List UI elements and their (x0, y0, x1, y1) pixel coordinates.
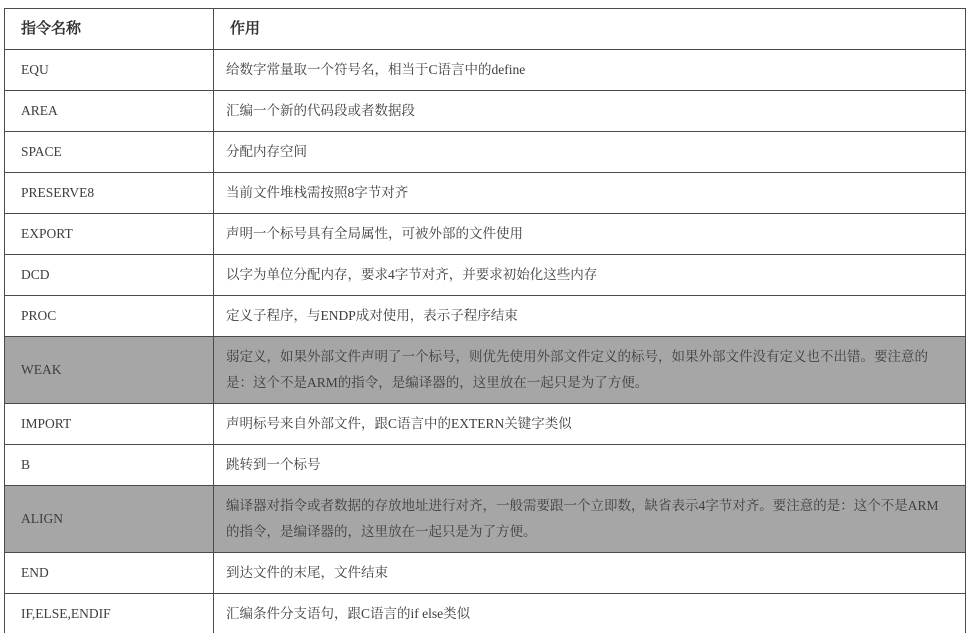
instruction-desc: 定义子程序，与ENDP成对使用，表示子程序结束 (214, 296, 966, 337)
directive-table: 指令名称 作用 EQU 给数字常量取一个符号名，相当于C语言中的define A… (4, 8, 966, 633)
page: 指令名称 作用 EQU 给数字常量取一个符号名，相当于C语言中的define A… (0, 0, 972, 633)
table-row: AREA 汇编一个新的代码段或者数据段 (5, 91, 966, 132)
instruction-desc: 汇编条件分支语句，跟C语言的if else类似 (214, 594, 966, 633)
instruction-desc: 编译器对指令或者数据的存放地址进行对齐，一般需要跟一个立即数，缺省表示4字节对齐… (214, 486, 966, 553)
column-header-purpose: 作用 (214, 9, 966, 50)
instruction-name: PRESERVE8 (5, 173, 214, 214)
instruction-name: DCD (5, 255, 214, 296)
table-row: DCD 以字为单位分配内存，要求4字节对齐，并要求初始化这些内存 (5, 255, 966, 296)
instruction-name: END (5, 553, 214, 594)
table-row: PROC 定义子程序，与ENDP成对使用，表示子程序结束 (5, 296, 966, 337)
instruction-desc: 跳转到一个标号 (214, 445, 966, 486)
table-header-row: 指令名称 作用 (5, 9, 966, 50)
instruction-name: SPACE (5, 132, 214, 173)
instruction-name: PROC (5, 296, 214, 337)
table-row: EXPORT 声明一个标号具有全局属性，可被外部的文件使用 (5, 214, 966, 255)
instruction-name: ALIGN (5, 486, 214, 553)
instruction-desc: 以字为单位分配内存，要求4字节对齐，并要求初始化这些内存 (214, 255, 966, 296)
table-row: PRESERVE8 当前文件堆栈需按照8字节对齐 (5, 173, 966, 214)
column-header-instruction-name: 指令名称 (5, 9, 214, 50)
table-row-highlighted: ALIGN 编译器对指令或者数据的存放地址进行对齐，一般需要跟一个立即数，缺省表… (5, 486, 966, 553)
table-row: IMPORT 声明标号来自外部文件，跟C语言中的EXTERN关键字类似 (5, 404, 966, 445)
instruction-name: B (5, 445, 214, 486)
table-row: END 到达文件的末尾，文件结束 (5, 553, 966, 594)
instruction-desc: 到达文件的末尾，文件结束 (214, 553, 966, 594)
table-row-highlighted: WEAK 弱定义，如果外部文件声明了一个标号，则优先使用外部文件定义的标号，如果… (5, 337, 966, 404)
table-row: B 跳转到一个标号 (5, 445, 966, 486)
table-row: IF,ELSE,ENDIF 汇编条件分支语句，跟C语言的if else类似 (5, 594, 966, 633)
instruction-name: IF,ELSE,ENDIF (5, 594, 214, 633)
instruction-desc: 给数字常量取一个符号名，相当于C语言中的define (214, 50, 966, 91)
instruction-name: EXPORT (5, 214, 214, 255)
instruction-desc: 分配内存空间 (214, 132, 966, 173)
instruction-name: WEAK (5, 337, 214, 404)
instruction-desc: 声明一个标号具有全局属性，可被外部的文件使用 (214, 214, 966, 255)
instruction-desc: 声明标号来自外部文件，跟C语言中的EXTERN关键字类似 (214, 404, 966, 445)
instruction-name: IMPORT (5, 404, 214, 445)
instruction-name: AREA (5, 91, 214, 132)
instruction-desc: 弱定义，如果外部文件声明了一个标号，则优先使用外部文件定义的标号，如果外部文件没… (214, 337, 966, 404)
instruction-desc: 当前文件堆栈需按照8字节对齐 (214, 173, 966, 214)
table-row: SPACE 分配内存空间 (5, 132, 966, 173)
instruction-name: EQU (5, 50, 214, 91)
table-row: EQU 给数字常量取一个符号名，相当于C语言中的define (5, 50, 966, 91)
instruction-desc: 汇编一个新的代码段或者数据段 (214, 91, 966, 132)
